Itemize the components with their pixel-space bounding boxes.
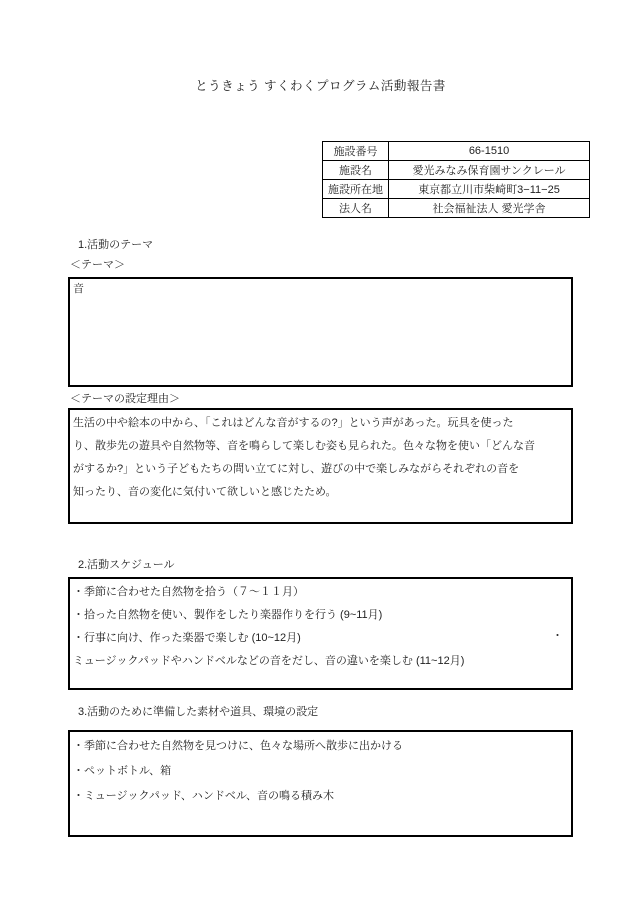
materials-line: ・ミュージックパッド、ハンドベル、音の鳴る積み木: [73, 784, 568, 809]
reason-line: 知ったり、音の変化に気付いて欲しいと感じたため。: [73, 481, 568, 504]
schedule-box: ・季節に合わせた自然物を拾う（７〜１１月） ・拾った自然物を使い、製作をしたり楽…: [68, 577, 573, 690]
section1-heading: 1.活動のテーマ: [78, 236, 153, 252]
facility-table-row: 法人名 社会福祉法人 愛光学舎: [323, 199, 590, 218]
theme-reason-box: 生活の中や絵本の中から、「これはどんな音がするの?」という声があった。玩具を使っ…: [68, 408, 573, 524]
facility-info-table: 施設番号 66-1510 施設名 愛光みなみ保育園サンクレール 施設所在地 東京…: [322, 141, 590, 218]
materials-line: ・ペットボトル、箱: [73, 759, 568, 784]
theme-reason-label: ＜テーマの設定理由＞: [70, 390, 180, 406]
theme-label: ＜テーマ＞: [70, 256, 125, 272]
theme-text: 音: [73, 281, 568, 297]
facility-number-label: 施設番号: [323, 142, 389, 161]
facility-address-label: 施設所在地: [323, 180, 389, 199]
reason-line: がするか?」という子どもたちの問い立てに対し、遊びの中で楽しみながらそれぞれの音…: [73, 458, 568, 481]
facility-table-row: 施設所在地 東京都立川市柴崎町3−11−25: [323, 180, 590, 199]
schedule-line: ・季節に合わせた自然物を拾う（７〜１１月）: [73, 581, 568, 604]
theme-box: 音: [68, 277, 573, 387]
facility-table-row: 施設番号 66-1510: [323, 142, 590, 161]
corporation-name-label: 法人名: [323, 199, 389, 218]
section3-heading: 3.活動のために準備した素材や道具、環境の設定: [78, 703, 318, 719]
report-page: とうきょう すくわくプログラム活動報告書 施設番号 66-1510 施設名 愛光…: [0, 0, 641, 913]
page-title: とうきょう すくわくプログラム活動報告書: [0, 76, 641, 94]
facility-number-value: 66-1510: [389, 142, 590, 161]
facility-table-row: 施設名 愛光みなみ保育園サンクレール: [323, 161, 590, 180]
schedule-line: ミュージックパッドやハンドベルなどの音をだし、音の違いを楽しむ (11~12月): [73, 650, 568, 673]
schedule-line: ・拾った自然物を使い、製作をしたり楽器作りを行う (9~11月): [73, 604, 568, 627]
facility-name-value: 愛光みなみ保育園サンクレール: [389, 161, 590, 180]
schedule-line: ・行事に向け、作った楽器で楽しむ (10~12月): [73, 627, 568, 650]
stray-bullet: ・: [552, 627, 563, 643]
section2-heading: 2.活動スケジュール: [78, 556, 175, 572]
corporation-name-value: 社会福祉法人 愛光学舎: [389, 199, 590, 218]
facility-name-label: 施設名: [323, 161, 389, 180]
facility-address-value: 東京都立川市柴崎町3−11−25: [389, 180, 590, 199]
materials-box: ・季節に合わせた自然物を見つけに、色々な場所へ散歩に出かける ・ペットボトル、箱…: [68, 730, 573, 837]
materials-line: ・季節に合わせた自然物を見つけに、色々な場所へ散歩に出かける: [73, 734, 568, 759]
reason-line: 生活の中や絵本の中から、「これはどんな音がするの?」という声があった。玩具を使っ…: [73, 412, 568, 435]
reason-line: り、散歩先の遊具や自然物等、音を鳴らして楽しむ姿も見られた。色々な物を使い「どん…: [73, 435, 568, 458]
